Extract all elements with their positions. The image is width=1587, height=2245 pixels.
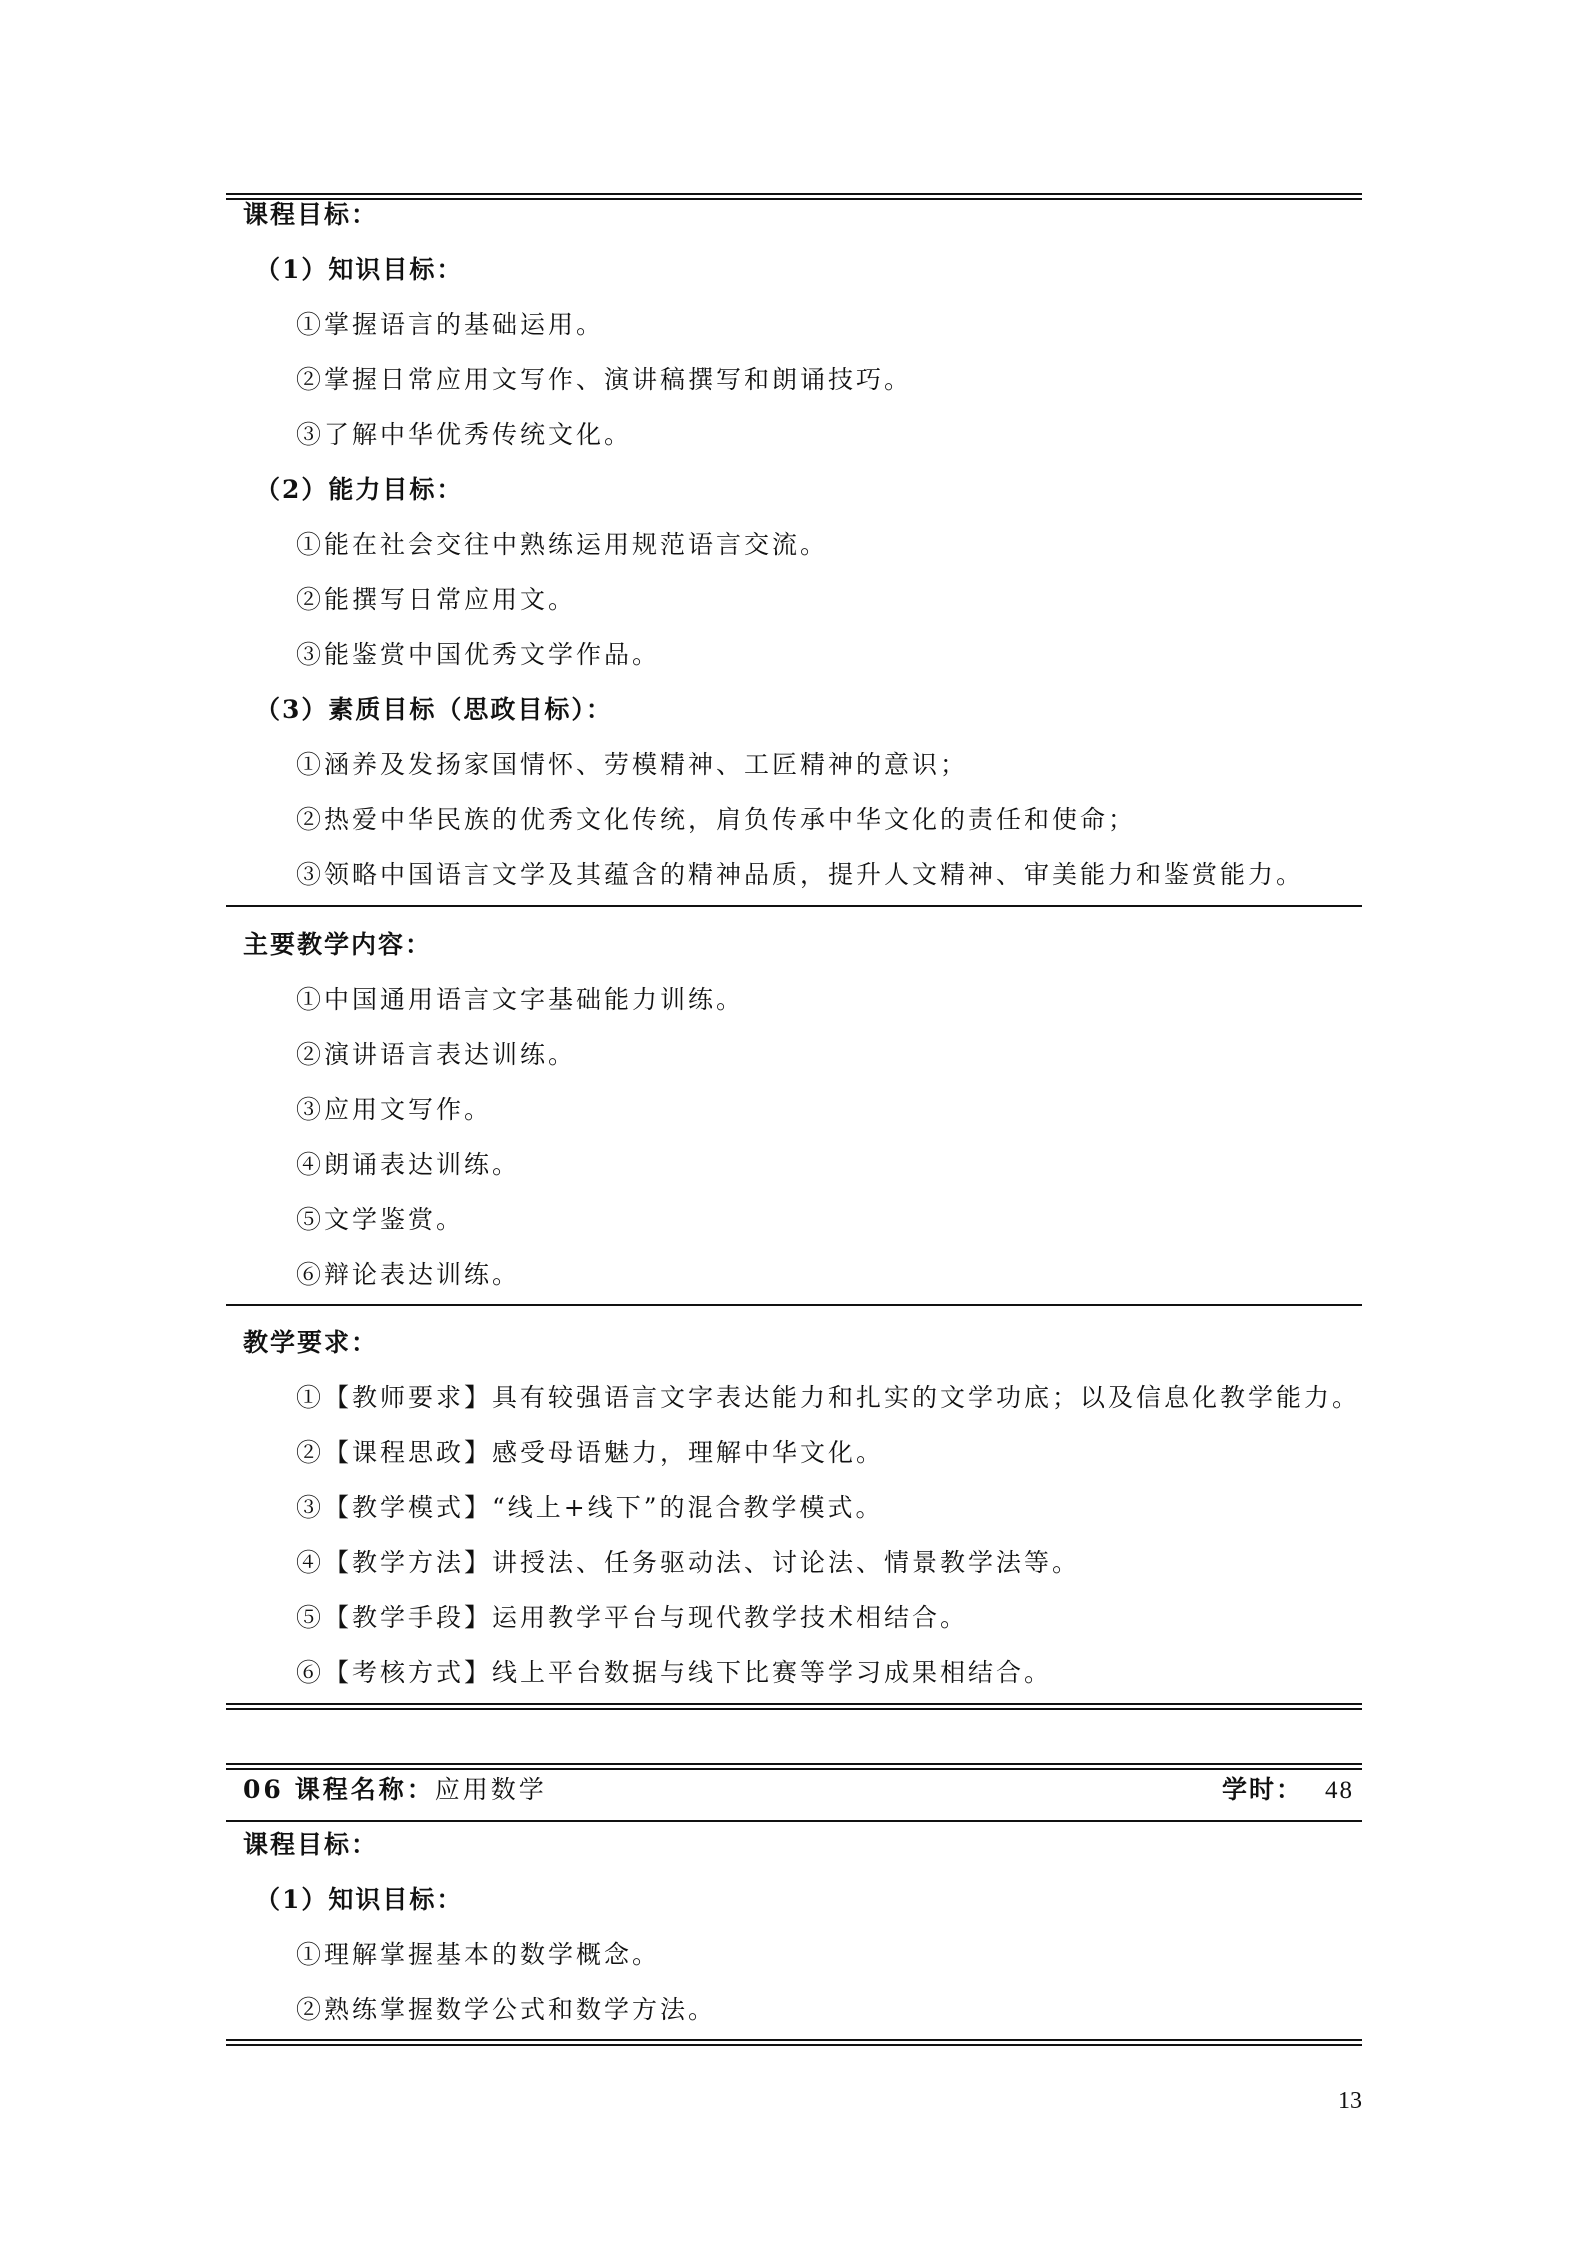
list-item: ③领略中国语言文学及其蕴含的精神品质，提升人文精神、审美能力和鉴赏能力。 [296, 860, 1304, 890]
hours-label: 学时： [1222, 1775, 1303, 1804]
list-item: ⑥【考核方式】线上平台数据与线下比赛等学习成果相结合。 [296, 1658, 1052, 1688]
block-start-double-rule [226, 1763, 1362, 1770]
ability-goals-title: （2）能力目标： [255, 475, 463, 505]
hours-value: 48 [1325, 1777, 1354, 1804]
list-item: ④【教学方法】讲授法、任务驱动法、讨论法、情景教学法等。 [296, 1548, 1080, 1578]
list-item: ⑤文学鉴赏。 [296, 1205, 464, 1235]
list-item: ②掌握日常应用文写作、演讲稿撰写和朗诵技巧。 [296, 365, 912, 395]
course-title: 06 课程名称：应用数学 [243, 1775, 547, 1805]
list-item: ⑥辩论表达训练。 [296, 1260, 520, 1290]
list-item: ①【教师要求】具有较强语言文字表达能力和扎实的文学功底；以及信息化教学能力。 [296, 1383, 1360, 1413]
course-hours: 学时：48 [1222, 1775, 1354, 1806]
list-item: ①能在社会交往中熟练运用规范语言交流。 [296, 530, 828, 560]
list-item: ②【课程思政】感受母语魅力，理解中华文化。 [296, 1438, 884, 1468]
course-goals-heading: 课程目标： [243, 200, 378, 230]
course-name-label: 课程名称： [295, 1775, 435, 1804]
knowledge-goals-title: （1）知识目标： [255, 255, 463, 285]
list-item: ③【教学模式】“线上+线下”的混合教学模式。 [296, 1493, 884, 1523]
list-item: ②熟练掌握数学公式和数学方法。 [296, 1995, 716, 2025]
list-item: ②演讲语言表达训练。 [296, 1040, 576, 1070]
bottom-double-rule [226, 2039, 1362, 2046]
section-divider [226, 1304, 1362, 1306]
list-item: ③能鉴赏中国优秀文学作品。 [296, 640, 660, 670]
teaching-requirements-heading: 教学要求： [243, 1328, 378, 1358]
knowledge-goals-title: （1）知识目标： [255, 1885, 463, 1915]
course-number: 06 [243, 1775, 284, 1804]
course-goals-heading: 课程目标： [243, 1830, 378, 1860]
list-item: ②能撰写日常应用文。 [296, 585, 576, 615]
block-end-double-rule [226, 1703, 1362, 1710]
list-item: ⑤【教学手段】运用教学平台与现代教学技术相结合。 [296, 1603, 968, 1633]
list-item: ④朗诵表达训练。 [296, 1150, 520, 1180]
quality-goals-title: （3）素质目标（思政目标）： [255, 695, 613, 725]
list-item: ③了解中华优秀传统文化。 [296, 420, 632, 450]
course-name: 应用数学 [435, 1775, 547, 1804]
list-item: ①理解掌握基本的数学概念。 [296, 1940, 660, 1970]
list-item: ③应用文写作。 [296, 1095, 492, 1125]
top-double-rule [226, 193, 1362, 200]
page-number: 13 [1338, 2088, 1362, 2115]
list-item: ①涵养及发扬家国情怀、劳模精神、工匠精神的意识； [296, 750, 968, 780]
main-content-heading: 主要教学内容： [243, 930, 432, 960]
section-divider [226, 905, 1362, 907]
list-item: ①中国通用语言文字基础能力训练。 [296, 985, 744, 1015]
list-item: ①掌握语言的基础运用。 [296, 310, 604, 340]
list-item: ②热爱中华民族的优秀文化传统，肩负传承中华文化的责任和使命； [296, 805, 1136, 835]
section-divider [226, 1820, 1362, 1822]
